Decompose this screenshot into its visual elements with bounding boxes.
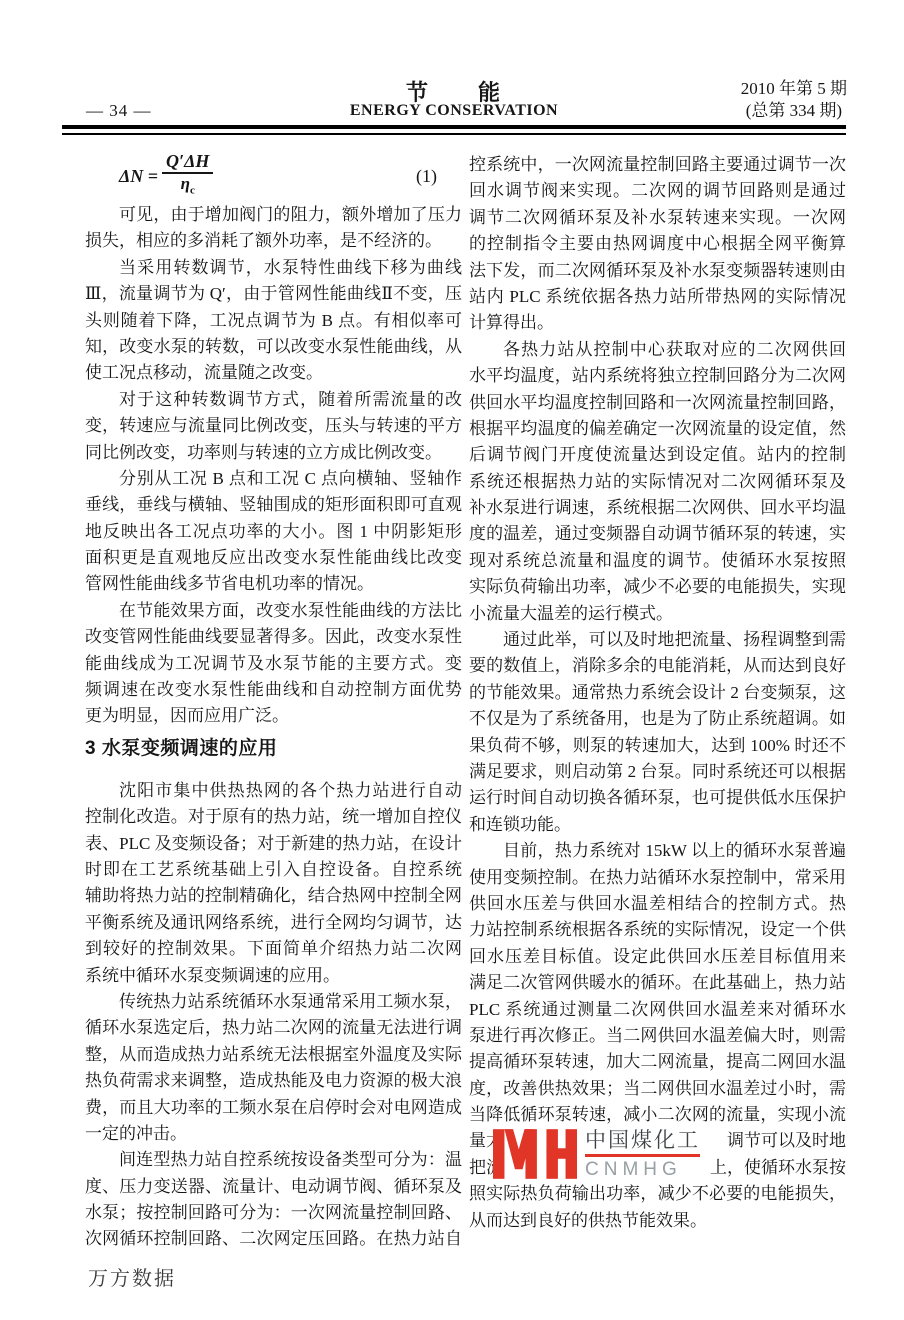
text-line: 的节能效果。通常热力系统会设计 2 台变频泵，这 (469, 680, 846, 706)
text-line: 循环水泵选定后，热力站二次网的流量无法进行调 (85, 1015, 462, 1041)
text-line: 泵进行再次修正。当二网供回水温差偏大时，则需 (469, 1023, 846, 1049)
text-line: 根据平均温度的偏差确定一次网流量的设定值，然 (469, 416, 846, 442)
text-line: 传统热力站系统循环水泵通常采用工频水泵， (85, 989, 462, 1015)
text-line: 运行时间自动切换各循环泵，也可提供低水压保护 (469, 785, 846, 811)
text-line: 损失，相应的多消耗了额外功率，是不经济的。 (85, 228, 462, 254)
text-line: 到较好的控制效果。下面简单介绍热力站二次网 (85, 936, 462, 962)
header-rule-thin (62, 133, 846, 135)
text-line: 改变管网性能曲线要显著得多。因此，改变水泵性 (85, 624, 462, 650)
text-line: 系统还根据热力站的实际情况对二次网循环泵及 (469, 469, 846, 495)
text-line: 热负荷需求来调整，造成热能及电力资源的极大浪 (85, 1068, 462, 1094)
issue-year-number: 2010 年第 5 期 (741, 78, 847, 100)
equation-1: ΔN = Q′ΔH ηc (1) (85, 150, 462, 202)
text-line: 法下发，而二次网循环泵及补水泵变频器转速则由 (469, 258, 846, 284)
text-line: 要的数值上，消除多余的电能消耗，从而达到良好 (469, 653, 846, 679)
text-line: 站内 PLC 系统依据各热力站所带热网的实际情况 (469, 284, 846, 310)
text-line: 知，改变水泵的转数，可以改变水泵性能曲线，从而 (85, 334, 462, 360)
text-line: 控系统中，一次网流量控制回路主要通过调节一次 (469, 152, 846, 178)
equation-lhs: ΔN = (119, 166, 158, 187)
text-line: 在节能效果方面，改变水泵性能曲线的方法比 (85, 598, 462, 624)
text-line: 表、PLC 及变频设备；对于新建的热力站，在设计 (85, 831, 462, 857)
text-line: 频调速在改变水泵性能曲线和自动控制方面优势 (85, 677, 462, 703)
text-line: 垂线，垂线与横轴、竖轴围成的矩形面积即可直观 (85, 492, 462, 518)
text-line: 度、压力变送器、流量计、电动调节阀、循环泵及补 (85, 1174, 462, 1200)
right-column-lines-2: 照实际热负荷输出功率，减少不必要的电能损失，从而达到良好的供热节能效果。 (469, 1181, 846, 1234)
cnmhg-watermark: 中国煤化工 CNMHG (493, 1120, 707, 1188)
line-fragment-right: 上，使循环水泵按 (710, 1155, 846, 1181)
text-line: 头则随着下降，工况点调节为 B 点。有相似率可 (85, 308, 462, 334)
right-column-lines-1: 控系统中，一次网流量控制回路主要通过调节一次回水调节阀来实现。二次网的调节回路则… (469, 152, 846, 1128)
text-line: 力站控制系统根据各系统的实际情况，设定一个供 (469, 917, 846, 943)
text-line: 一定的冲击。 (85, 1121, 462, 1147)
watermark-subtitle: CNMHG (585, 1159, 700, 1180)
text-line: 水泵；按控制回路可分为：一次网流量控制回路、二 (85, 1200, 462, 1226)
header-rule-thick (62, 125, 846, 129)
text-line: 面积更是直观地反应出改变水泵性能曲线比改变 (85, 545, 462, 571)
text-line: 可见，由于增加阀门的阻力，额外增加了压力 (85, 202, 462, 228)
text-line: 供回水压差与供回水温差相结合的控制方式。热 (469, 891, 846, 917)
text-line: 控制化改造。对于原有的热力站，统一增加自控仪 (85, 804, 462, 830)
watermark-title: 中国煤化工 (585, 1129, 700, 1153)
text-line: 回水压差目标值。设定此供回水压差目标值用来 (469, 944, 846, 970)
text-line: 平衡系统及通讯网络系统，进行全网均匀调节，达 (85, 910, 462, 936)
text-line: 不仅是为了系统备用，也是为了防止系统超调。如 (469, 706, 846, 732)
text-line: 调节二次网循环泵及补水泵转速来实现。一次网 (469, 205, 846, 231)
text-line: 使工况点移动，流量随之改变。 (85, 360, 462, 386)
text-line: 能曲线成为工况调节及水泵节能的主要方式。变 (85, 651, 462, 677)
text-line: 提高循环泵转速，加大二网流量，提高二网回水温 (469, 1049, 846, 1075)
left-column-lines-2: 沈阳市集中供热热网的各个热力站进行自动控制化改造。对于原有的热力站，统一增加自控… (85, 778, 462, 1253)
text-line: 各热力站从控制中心获取对应的二次网供回 (469, 337, 846, 363)
equation-number: (1) (416, 166, 437, 187)
text-line: 后调节阀门开度使流量达到设定值。站内的控制 (469, 442, 846, 468)
text-line: 当采用转数调节，水泵特性曲线下移为曲线 (85, 255, 462, 281)
text-line: Ⅲ，流量调节为 Q′，由于管网性能曲线Ⅱ不变，压 (85, 281, 462, 307)
text-line: 实际负荷输出功率，减少不必要的电能损失，实现 (469, 574, 846, 600)
wanfang-data-mark: 万方数据 (88, 1262, 176, 1291)
watermark-obscured-lines: 量大 调节可以及时地 把流 上，使循环水泵按 (469, 1128, 846, 1181)
issue-total-number: (总第 334 期) (741, 100, 847, 122)
journal-title-en: ENERGY CONSERVATION (63, 102, 845, 120)
text-line: 沈阳市集中供热热网的各个热力站进行自动 (85, 778, 462, 804)
issue-info: 2010 年第 5 期 (总第 334 期) (741, 78, 847, 122)
right-column: 控系统中，一次网流量控制回路主要通过调节一次回水调节阀来实现。二次网的调节回路则… (469, 152, 846, 1234)
text-line: 从而达到良好的供热节能效果。 (469, 1208, 846, 1234)
text-line: 通过此举，可以及时地把流量、扬程调整到需 (469, 627, 846, 653)
equation-numerator: Q′ΔH (162, 151, 213, 174)
text-line: 系统中循环水泵变频调速的应用。 (85, 963, 462, 989)
cnmhg-logo-icon (493, 1128, 577, 1180)
text-line: 满足要求，则启动第 2 台泵。同时系统还可以根据 (469, 759, 846, 785)
section-heading: 3 水泵变频调速的应用 (85, 736, 462, 762)
text-line: 管网性能曲线多节省电机功率的情况。 (85, 571, 462, 597)
text-line: 整，从而造成热力站系统无法根据室外温度及实际 (85, 1042, 462, 1068)
text-line: 的控制指令主要由热网调度中心根据全网平衡算 (469, 231, 846, 257)
watermark-text: 中国煤化工 CNMHG (585, 1129, 700, 1180)
text-line: 同比例改变，功率则与转速的立方成比例改变。 (85, 440, 462, 466)
text-line: 对于这种转数调节方式，随着所需流量的改 (85, 387, 462, 413)
text-line: 回水调节阀来实现。二次网的调节回路则是通过 (469, 178, 846, 204)
text-line: 计算得出。 (469, 310, 846, 336)
text-line: 变，转速应与流量同比例改变，压头与转速的平方 (85, 413, 462, 439)
text-line: 费，而且大功率的工频水泵在启停时会对电网造成 (85, 1095, 462, 1121)
text-line: 水平均温度，站内系统将独立控制回路分为二次网 (469, 363, 846, 389)
text-line: 更为明显，因而应用广泛。 (85, 703, 462, 729)
journal-page-scan: — 34 — 节 能 ENERGY CONSERVATION 2010 年第 5… (0, 0, 904, 1320)
text-line: 度，改善供热效果；当二网供回水温差过小时，需适 (469, 1076, 846, 1102)
left-column-lines-1: 可见，由于增加阀门的阻力，额外增加了压力损失，相应的多消耗了额外功率，是不经济的… (85, 202, 462, 730)
text-line: 目前，热力系统对 15kW 以上的循环水泵普遍 (469, 838, 846, 864)
text-line: 满足二次管网供暖水的循环。在此基础上，热力站 (469, 970, 846, 996)
text-line: 时即在工艺系统基础上引入自控设备。自控系统 (85, 857, 462, 883)
text-line: 地反映出各工况点功率的大小。图 1 中阴影矩形 (85, 519, 462, 545)
text-line: 和连锁功能。 (469, 812, 846, 838)
text-line: 现对系统总流量和温度的调节。使循环水泵按照 (469, 548, 846, 574)
text-line: 辅助将热力站的控制精确化，结合热网中控制全网 (85, 883, 462, 909)
watermark-underline (585, 1154, 700, 1157)
text-line: 使用变频控制。在热力站循环水泵控制中，常采用 (469, 865, 846, 891)
text-line: 度的温差，通过变频器自动调节循环泵的转速，实 (469, 521, 846, 547)
text-line: 补水泵进行调速，系统根据二次网供、回水平均温 (469, 495, 846, 521)
text-line: 果负荷不够，则泵的转速加大，达到 100% 时还不 (469, 733, 846, 759)
text-line: 分别从工况 B 点和工况 C 点向横轴、竖轴作 (85, 466, 462, 492)
line-fragment-right: 调节可以及时地 (727, 1128, 846, 1154)
text-line: 小流量大温差的运行模式。 (469, 601, 846, 627)
equation-denominator: ηc (162, 174, 213, 200)
left-column: ΔN = Q′ΔH ηc (1) 可见，由于增加阀门的阻力，额外增加了压力损失，… (85, 150, 462, 1253)
text-line: 供回水平均温度控制回路和一次网流量控制回路， (469, 390, 846, 416)
text-line: 间连型热力站自控系统按设备类型可分为：温 (85, 1147, 462, 1173)
text-line: 次网循环控制回路、二次网定压回路。在热力站自 (85, 1226, 462, 1252)
equation-fraction: Q′ΔH ηc (162, 151, 213, 200)
text-line: PLC 系统通过测量二次网供回水温差来对循环水 (469, 997, 846, 1023)
